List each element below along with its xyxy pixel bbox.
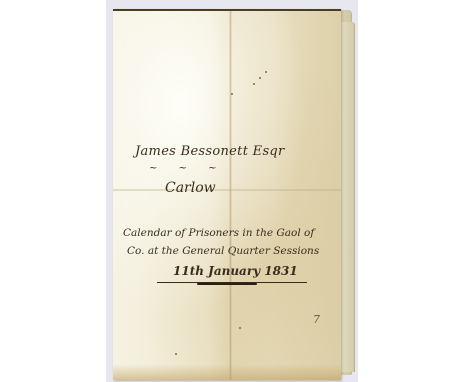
description-line-1: Calendar of Prisoners in the Gaol of — [123, 227, 314, 239]
bottom-stain — [113, 364, 341, 380]
foxing-speck — [259, 77, 261, 79]
manuscript-page: James Bessonett Esqr ~ ~ ~ Carlow Calend… — [113, 9, 341, 380]
foxing-speck — [265, 71, 267, 73]
document-date: 11th January 1831 — [173, 264, 298, 278]
date-underline-flourish — [197, 283, 257, 285]
foxing-speck — [253, 83, 255, 85]
foxing-speck — [239, 327, 241, 329]
foxing-speck — [231, 93, 233, 95]
description-line-2: Co. at the General Quarter Sessions — [127, 245, 319, 257]
corner-mark: 7 — [313, 313, 320, 326]
horizontal-fold-crease — [113, 189, 341, 191]
foxing-speck — [175, 353, 177, 355]
ditto-marks: ~ ~ ~ — [149, 163, 217, 174]
place-name: Carlow — [165, 180, 216, 196]
addressee-line: James Bessonett Esqr — [135, 144, 285, 159]
vertical-fold-crease — [229, 11, 232, 380]
